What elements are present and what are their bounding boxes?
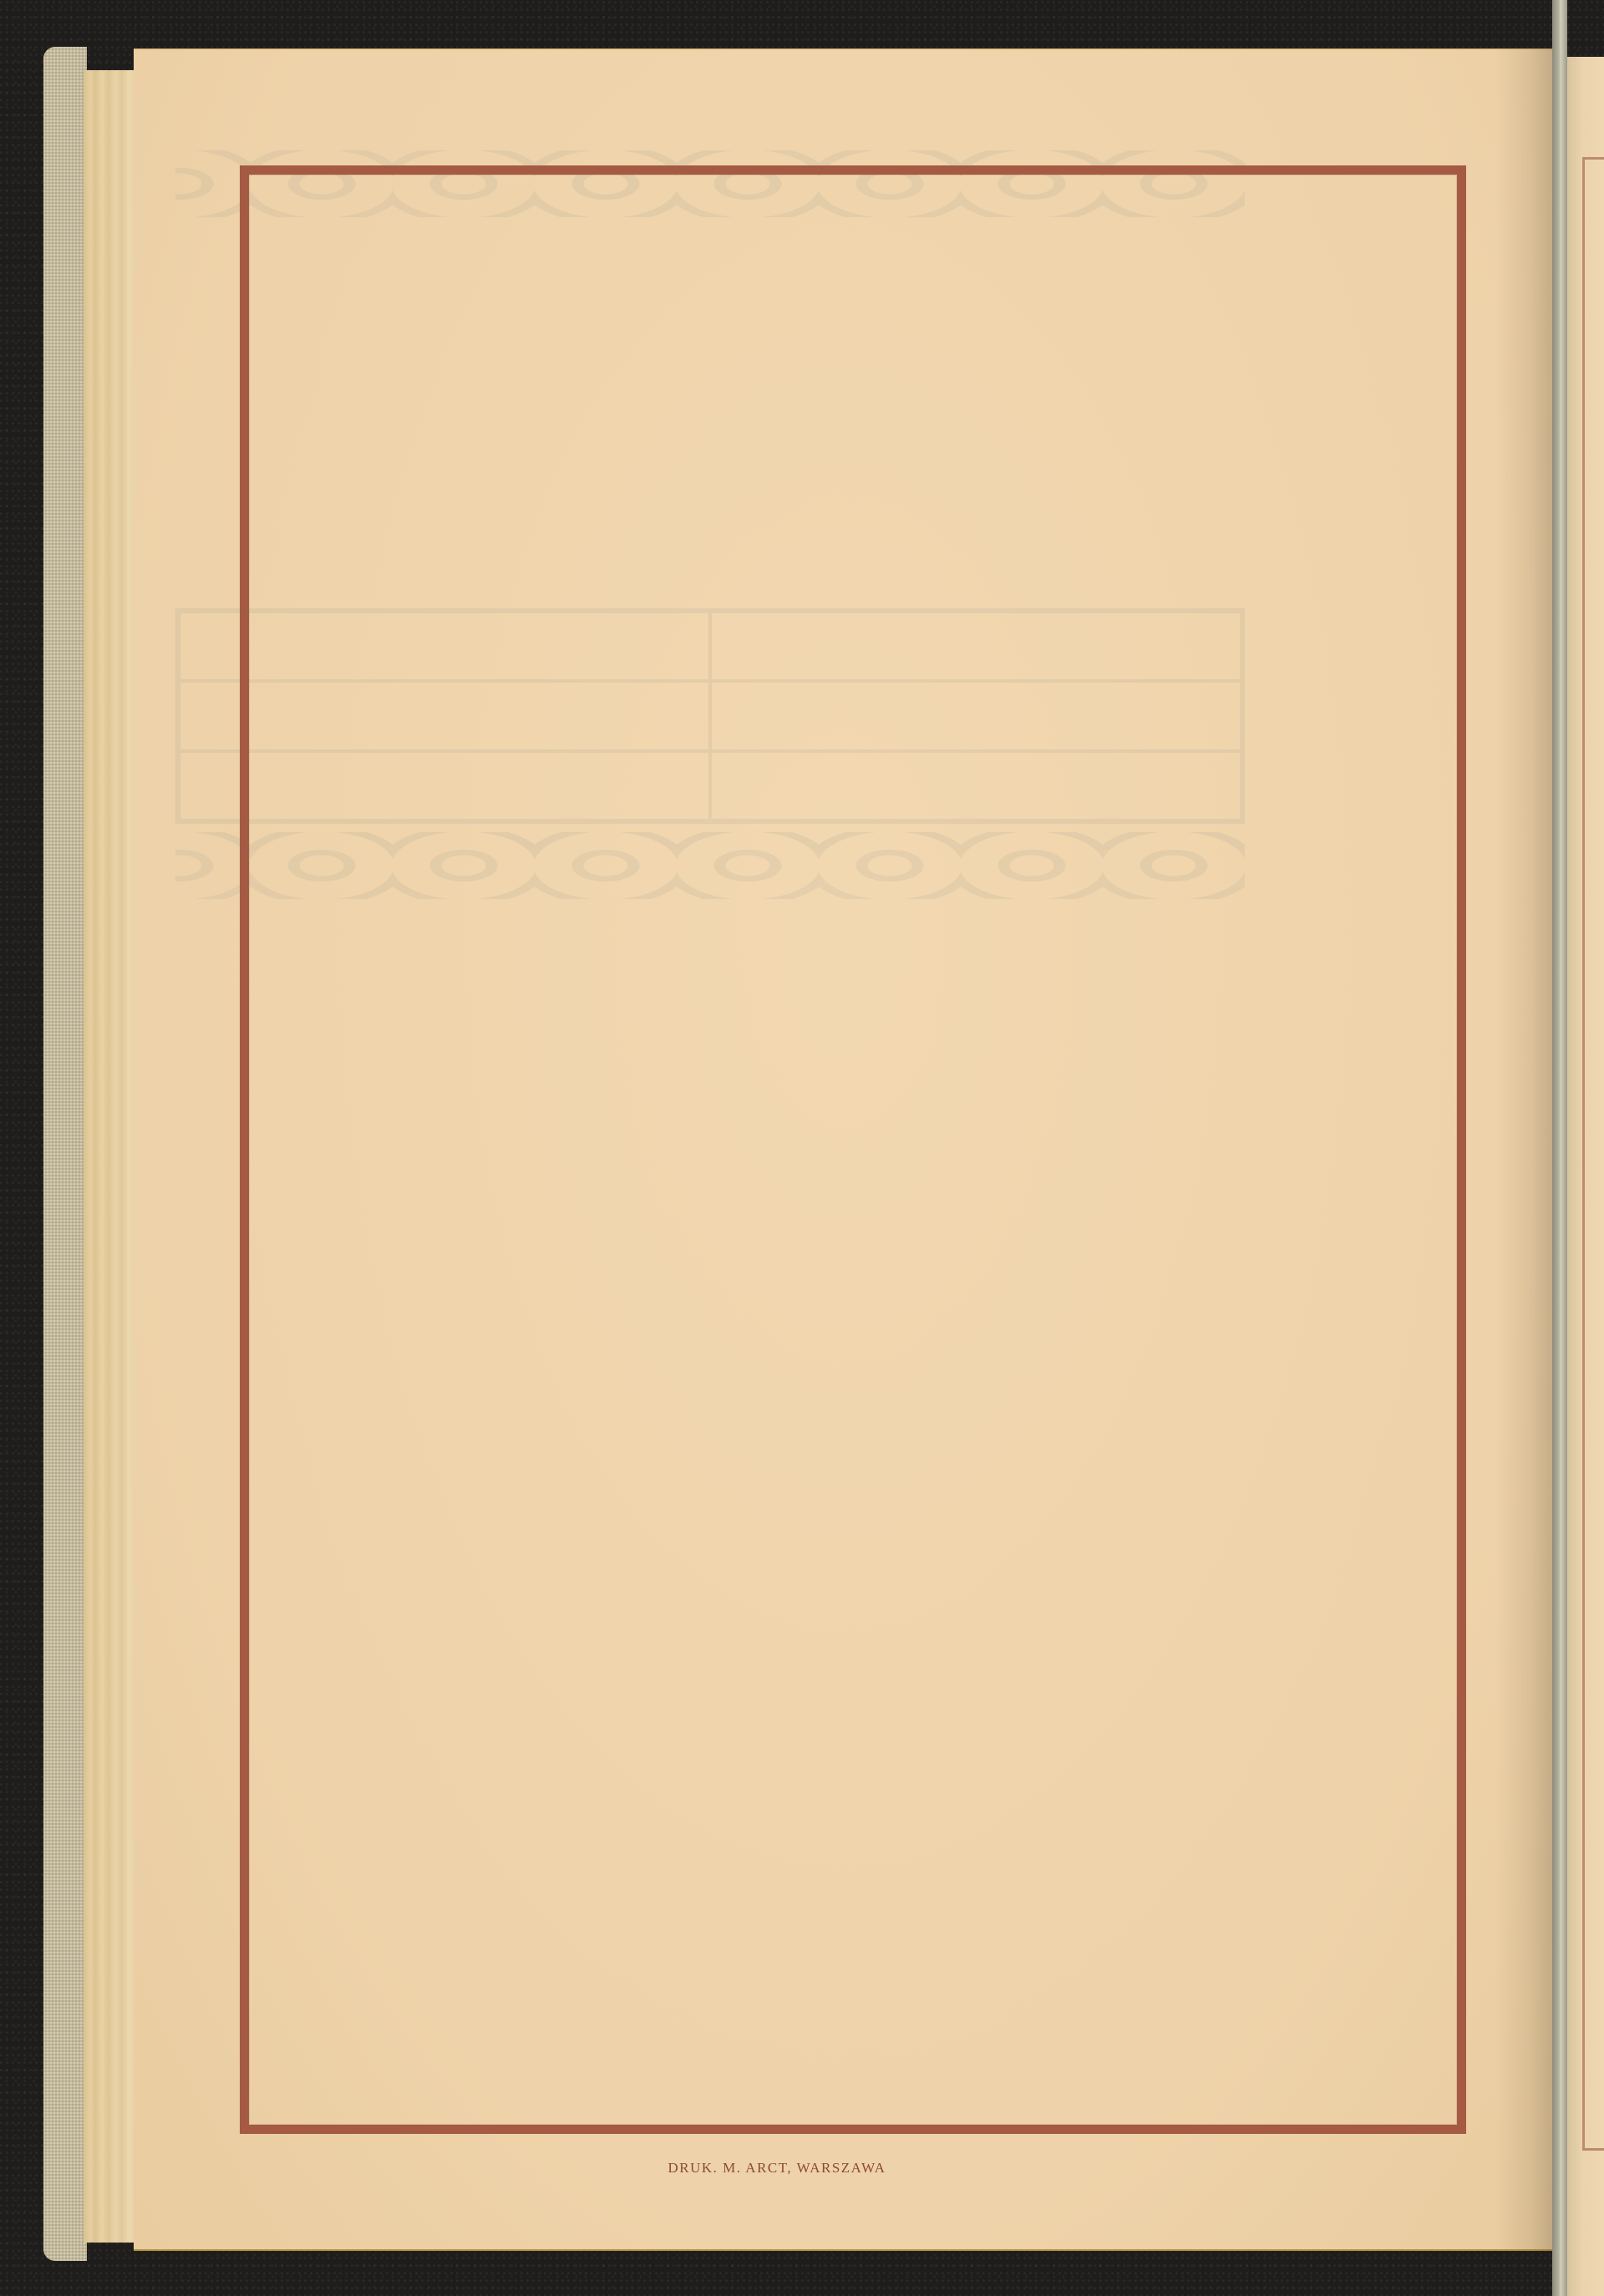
gutter-shadow [1495, 48, 1554, 2251]
page-border-frame [240, 165, 1466, 2134]
page-edges [84, 70, 135, 2243]
printer-imprint: DRUK. M. ARCT, WARSZAWA [0, 2160, 1554, 2177]
facing-page-edge [1567, 57, 1604, 2296]
facing-page-frame [1582, 157, 1604, 2151]
book-gutter [1552, 0, 1567, 2296]
book-spine-cloth [43, 47, 87, 2261]
